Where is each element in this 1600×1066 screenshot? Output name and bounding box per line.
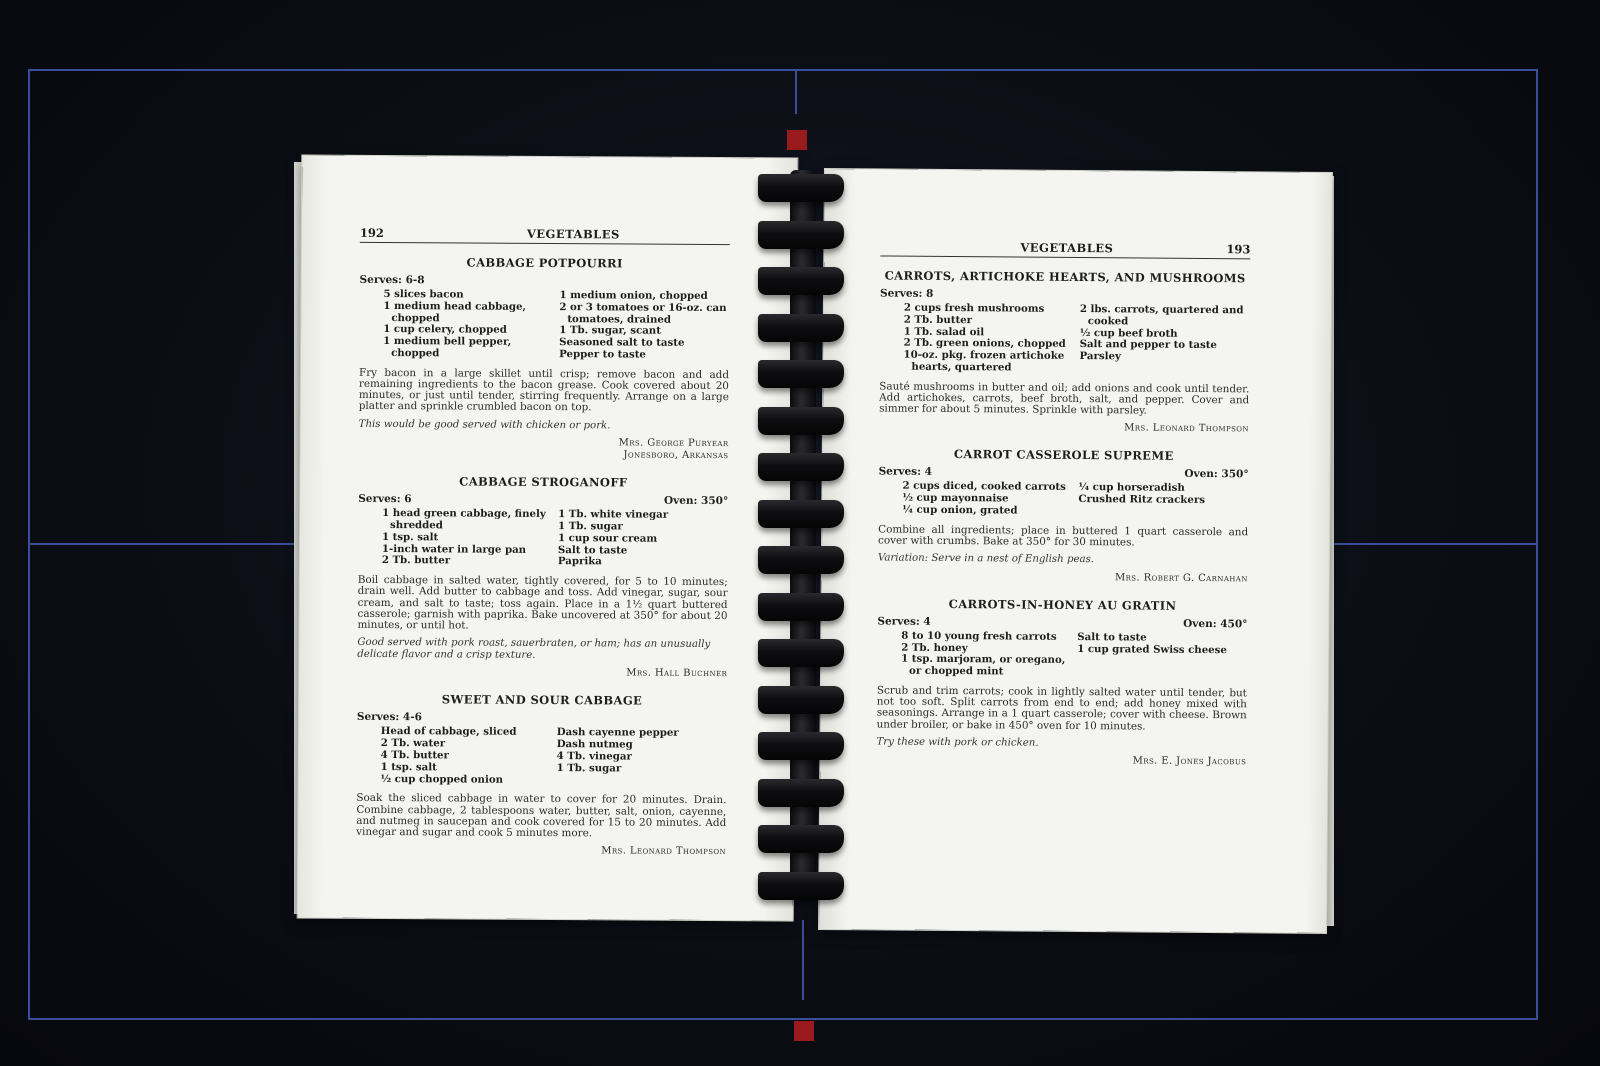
recipe-title: CABBAGE STROGANOFF <box>358 474 728 490</box>
recipe-title: SWEET AND SOUR CABBAGE <box>357 692 727 708</box>
section-title: VEGETABLES <box>1020 241 1113 256</box>
serves-row: Serves: 4 Oven: 350° <box>879 466 1249 481</box>
binding-coil <box>758 779 844 807</box>
binding-coil <box>758 174 844 202</box>
ingredient-list: 2 cups fresh mushrooms2 Tb. butter1 Tb. … <box>903 303 1250 376</box>
ingredient-column-left: 2 cups diced, cooked carrots½ cup mayonn… <box>902 481 1072 518</box>
ingredient-list: 5 slices bacon1 medium head cabbage,chop… <box>383 289 729 362</box>
serves-label: Serves: 4 <box>879 466 932 478</box>
ingredient-column-right: Salt to taste1 cup grated Swiss cheese <box>1071 632 1247 681</box>
recipe: CARROTS, ARTICHOKE HEARTS, AND MUSHROOMS… <box>879 268 1250 435</box>
serves-label: Serves: 4-6 <box>357 711 422 723</box>
ingredient-list: Head of cabbage, sliced2 Tb. water4 Tb. … <box>380 726 726 787</box>
binding-coil <box>758 686 844 714</box>
guide-frame-top <box>28 69 1538 71</box>
serves-label: Serves: 4 <box>877 615 930 627</box>
ingredient-column-left: 2 cups fresh mushrooms2 Tb. butter1 Tb. … <box>903 303 1074 375</box>
recipe: SWEET AND SOUR CABBAGE Serves: 4-6 Head … <box>356 692 727 858</box>
serves-row: Serves: 8 <box>880 287 1250 302</box>
binding-coil <box>758 453 844 481</box>
recipe-note: Variation: Serve in a nest of English pe… <box>878 553 1248 567</box>
ingredient-column-right: 1 medium onion, chopped2 or 3 tomatoes o… <box>553 290 729 362</box>
recipe-title: CARROT CASSEROLE SUPREME <box>879 447 1249 464</box>
section-title: VEGETABLES <box>527 227 620 242</box>
ingredient-list: 8 to 10 young fresh carrots2 Tb. honey1 … <box>901 630 1247 680</box>
ingredient-column-left: 1 head green cabbage, finelyshredded1 ts… <box>382 508 552 568</box>
contributor-line: Mrs. Robert G. Carnahan <box>878 570 1248 585</box>
recipe-directions: Soak the sliced cabbage in water to cove… <box>356 793 726 840</box>
contributor-line: Mrs. Leonard Thompson <box>356 844 726 858</box>
ingredient-column-right: 2 lbs. carrots, quartered andcooked½ cup… <box>1073 304 1250 376</box>
ingredient-item: chopped <box>383 348 553 361</box>
oven-temperature: Oven: 350° <box>664 495 728 507</box>
serves-row: Serves: 6-8 <box>360 274 730 288</box>
oven-temperature: Oven: 450° <box>1183 618 1247 631</box>
serves-row: Serves: 4-6 <box>357 711 727 725</box>
guide-center-vertical-bottom <box>802 920 804 1000</box>
recipe: CARROTS-IN-HONEY AU GRATIN Serves: 4 Ove… <box>876 596 1247 768</box>
oven-temperature: Oven: 350° <box>1184 468 1248 481</box>
running-head: VEGETABLES 193 <box>880 239 1250 259</box>
contributor-line: Mrs. E. Jones Jacobus <box>876 754 1246 769</box>
ingredient-item: 1 cup grated Swiss cheese <box>1077 644 1247 657</box>
ingredient-column-right: 1 Tb. white vinegar1 Tb. sugar1 cup sour… <box>552 509 728 569</box>
recipe-title: CARROTS, ARTICHOKE HEARTS, AND MUSHROOMS <box>880 268 1250 285</box>
running-head: 192 VEGETABLES <box>360 226 730 245</box>
page-number: 193 <box>1226 242 1250 256</box>
ingredient-list: 1 head green cabbage, finelyshredded1 ts… <box>382 508 728 569</box>
left-page: 192 VEGETABLES CABBAGE POTPOURRI Serves:… <box>298 155 798 920</box>
binding-coil <box>758 500 844 528</box>
binding-coil <box>758 360 844 388</box>
contributor-line: Mrs. Leonard Thompson <box>879 421 1249 436</box>
serves-label: Serves: 6-8 <box>360 274 425 286</box>
registration-marker-bottom <box>794 1021 814 1041</box>
binding-coil <box>758 267 844 295</box>
serves-row: Serves: 4 Oven: 450° <box>877 615 1247 630</box>
binding-coil <box>758 872 844 900</box>
binding-coil <box>758 639 844 667</box>
left-page-content: 192 VEGETABLES CABBAGE POTPOURRI Serves:… <box>356 226 730 858</box>
right-page-content: VEGETABLES 193 CARROTS, ARTICHOKE HEARTS… <box>876 239 1250 768</box>
ingredient-item: Parsley <box>1079 351 1249 364</box>
contributor-line: Mrs. Hall Buchner <box>357 666 727 680</box>
recipe-note: This would be good served with chicken o… <box>359 418 729 432</box>
page-number: 192 <box>360 226 384 240</box>
recipe-contributor: Mrs. E. Jones Jacobus <box>876 754 1246 769</box>
recipe-contributor: Mrs. Hall Buchner <box>357 666 727 680</box>
binding-coil <box>758 825 844 853</box>
recipe: CARROT CASSEROLE SUPREME Serves: 4 Oven:… <box>878 447 1249 585</box>
recipe: CABBAGE STROGANOFF Serves: 6 Oven: 350° … <box>357 474 728 680</box>
ingredient-item: Crushed Ritz crackers <box>1078 494 1248 507</box>
serves-row: Serves: 6 Oven: 350° <box>358 493 728 507</box>
recipe-list: CARROTS, ARTICHOKE HEARTS, AND MUSHROOMS… <box>876 268 1250 768</box>
serves-label: Serves: 6 <box>358 493 411 505</box>
recipe: CABBAGE POTPOURRI Serves: 6-8 5 slices b… <box>358 255 729 462</box>
guide-center-horizontal-right <box>1330 543 1538 545</box>
registration-marker-top <box>787 130 807 150</box>
recipe-title: CABBAGE POTPOURRI <box>360 255 730 271</box>
recipe-directions: Scrub and trim carrots; cook in lightly … <box>877 685 1247 733</box>
recipe-contributor: Mrs. Robert G. Carnahan <box>878 570 1248 585</box>
binding-coil <box>758 732 844 760</box>
recipe-contributor: Mrs. Leonard Thompson <box>879 421 1249 436</box>
ingredient-item: Pepper to taste <box>559 349 729 362</box>
recipe-directions: Fry bacon in a large skillet until crisp… <box>359 368 729 415</box>
binding-coil <box>758 407 844 435</box>
serves-label: Serves: 8 <box>880 287 933 299</box>
binding-coil <box>758 593 844 621</box>
ingredient-item: Paprika <box>558 556 728 569</box>
binding-coil <box>758 546 844 574</box>
guide-center-vertical-top <box>795 69 797 114</box>
binding-coil <box>758 314 844 342</box>
recipe-list: CABBAGE POTPOURRI Serves: 6-8 5 slices b… <box>356 255 730 858</box>
recipe-note: Try these with pork or chicken. <box>876 736 1246 750</box>
ingredient-item: ¼ cup onion, grated <box>902 505 1072 518</box>
ingredient-item: 1 Tb. sugar <box>557 763 727 776</box>
recipe-note: Good served with pork roast, sauerbraten… <box>357 637 727 662</box>
contributor-line: Jonesboro, Arkansas <box>358 448 728 462</box>
recipe-directions: Combine all ingredients; place in butter… <box>878 524 1248 549</box>
guide-frame-bottom <box>28 1018 1538 1020</box>
spiral-binding <box>758 170 854 910</box>
ingredient-column-right: ¼ cup horseradishCrushed Ritz crackers <box>1072 482 1248 519</box>
ingredient-column-left: Head of cabbage, sliced2 Tb. water4 Tb. … <box>380 726 550 786</box>
ingredient-item: 2 Tb. butter <box>382 555 552 568</box>
ingredient-column-right: Dash cayenne pepperDash nutmeg4 Tb. vine… <box>550 727 726 787</box>
ingredient-list: 2 cups diced, cooked carrots½ cup mayonn… <box>902 481 1248 519</box>
right-page: VEGETABLES 193 CARROTS, ARTICHOKE HEARTS… <box>819 169 1332 933</box>
guide-center-horizontal-left <box>28 543 298 545</box>
recipe-directions: Sauté mushrooms in butter and oil; add o… <box>879 381 1249 418</box>
ingredient-item: or chopped mint <box>901 666 1071 679</box>
ingredient-column-left: 5 slices bacon1 medium head cabbage,chop… <box>383 289 553 361</box>
binding-coil <box>758 221 844 249</box>
recipe-title: CARROTS-IN-HONEY AU GRATIN <box>878 596 1248 613</box>
ingredient-item: hearts, quartered <box>903 362 1073 375</box>
recipe-directions: Boil cabbage in salted water, tightly co… <box>357 575 727 633</box>
ingredient-item: ½ cup chopped onion <box>380 774 550 787</box>
recipe-contributor: Mrs. Leonard Thompson <box>356 844 726 858</box>
ingredient-column-left: 8 to 10 young fresh carrots2 Tb. honey1 … <box>901 630 1071 679</box>
recipe-contributor: Mrs. George PuryearJonesboro, Arkansas <box>358 436 728 462</box>
